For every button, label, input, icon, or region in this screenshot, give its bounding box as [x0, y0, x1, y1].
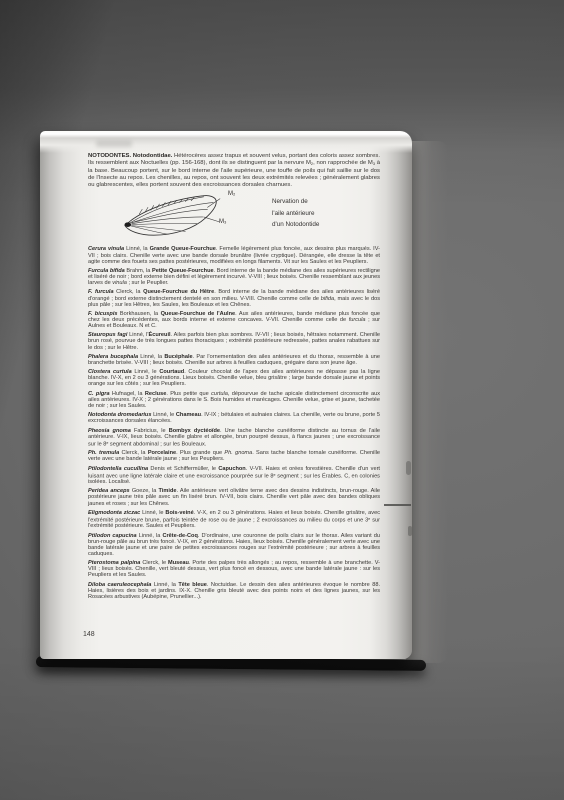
text-run: curtula: [211, 391, 228, 397]
text-run: Linné, la: [151, 582, 178, 588]
text-run: Ph. gnoma: [224, 450, 252, 456]
text-run: Linné, le: [132, 369, 160, 375]
text-run: Porcelaine: [148, 450, 176, 456]
text-run: F. bicuspis: [88, 311, 117, 317]
text-run: Diloba caeruleocephala: [88, 582, 151, 588]
text-run: vinula: [112, 280, 127, 286]
text-run: Pterostoma palpina: [88, 560, 140, 566]
text-run: Crête-de-Coq: [162, 533, 197, 539]
species-paragraph: Notodonta dromedarius Linné, le Chameau.…: [88, 412, 380, 424]
species-list: Cerura vinula Linné, la Grande Queue-Fou…: [88, 246, 380, 599]
text-run: NOTODONTES. Notodontidae.: [88, 153, 172, 159]
text-run: Clerck, la: [119, 450, 148, 456]
text-run: Timide: [159, 488, 177, 494]
page-edge-shadow: [408, 526, 412, 536]
text-run: Queue-Fourchue de l'Aulne: [161, 311, 236, 317]
page-edge-mark: [384, 504, 411, 506]
text-run: Borkhausen, la: [117, 311, 160, 317]
species-paragraph: Eligmodonta ziczac Linné, le Bois-veiné.…: [88, 510, 380, 530]
vein-label-m2: M₂: [228, 191, 235, 197]
text-run: Pheosia gnoma: [88, 428, 131, 434]
ink-bleed-smudge: [96, 140, 132, 147]
text-run: Museau: [168, 560, 189, 566]
text-run: Grande Queue-Fourchue: [150, 246, 216, 252]
text-run: Capuchon: [218, 466, 245, 472]
page-edge-shadow: [406, 461, 411, 475]
text-run: Goeze, la: [130, 488, 159, 494]
text-run: Écureuil: [149, 332, 171, 338]
text-run: Phalera bucephala: [88, 354, 138, 360]
text-run: Fabricius, le: [131, 428, 169, 434]
species-paragraph: Cerura vinula Linné, la Grande Queue-Fou…: [88, 246, 380, 264]
text-run: Courtaud: [159, 369, 184, 375]
vein-label-m3: M₃: [219, 219, 226, 225]
text-run: Eligmodonta ziczac: [88, 510, 140, 516]
species-paragraph: Ptilodontella cucullina Denis et Schiffe…: [88, 466, 380, 486]
text-run: Furcula bifida: [88, 268, 125, 274]
text-run: Linné, la: [137, 533, 163, 539]
species-paragraph: Ph. tremula Clerck, la Porcelaine. Plus …: [88, 450, 380, 462]
text-run: Queue-Fourchue du Hêtre: [143, 289, 214, 295]
text-run: Cerura vinula: [88, 246, 124, 252]
text-run: . Plus petite que: [166, 391, 211, 397]
page-number: 148: [83, 631, 95, 638]
figure-caption: Nervation de l'aile antérieure d'un Noto…: [272, 196, 319, 230]
text-run: Bois-veiné: [165, 510, 193, 516]
species-paragraph: Ptilodon capucina Linné, la Crête-de-Coq…: [88, 533, 380, 557]
text-run: Recluse: [145, 391, 166, 397]
text-run: Petite Queue-Fourchue: [152, 268, 214, 274]
species-paragraph: Peridea anceps Goeze, la Timide. Aile an…: [88, 488, 380, 506]
text-run: Linné, le: [151, 412, 175, 418]
text-run: , non rapprochée de M: [313, 160, 373, 166]
text-run: Clerck, le: [140, 560, 168, 566]
text-run: Denis et Schiffermüller, le: [148, 466, 218, 472]
moth-forewing-icon: [118, 192, 224, 240]
text-run: Tête bleue: [178, 582, 207, 588]
book-photo: NOTODONTES. Notodontidae. Hétérocères as…: [0, 0, 564, 800]
text-run: Brahm, la: [125, 268, 152, 274]
text-run: Linné, la: [138, 354, 164, 360]
text-run: F. furcula: [88, 289, 114, 295]
text-run: Linné, la: [124, 246, 149, 252]
text-run: Ptilodon capucina: [88, 533, 137, 539]
text-run: ; sur le Peuplier.: [127, 280, 169, 286]
book-page: NOTODONTES. Notodontidae. Hétérocères as…: [40, 131, 412, 659]
species-paragraph: Phalera bucephala Linné, la Bucéphale. P…: [88, 354, 380, 366]
text-run: Notodonta dromedarius: [88, 412, 151, 418]
wing-nervation-figure: M₂ M₃ Nervation de l'aile antérieure d'u…: [88, 190, 380, 244]
species-paragraph: Clostera curtula Linné, le Courtaud. Cou…: [88, 369, 380, 387]
text-run: Chameau: [176, 412, 201, 418]
species-paragraph: F. furcula Clerck, la Queue-Fourchue du …: [88, 289, 380, 307]
text-run: C. pigra: [88, 391, 110, 397]
text-run: Linné, le: [140, 510, 165, 516]
species-paragraph: F. bicuspis Borkhausen, la Queue-Fourchu…: [88, 311, 380, 329]
text-run: Ph. tremula: [88, 450, 119, 456]
text-run: Stauropus fagi: [88, 332, 127, 338]
text-run: bifida: [321, 296, 334, 302]
page-text-column: NOTODONTES. Notodontidae. Hétérocères as…: [88, 153, 380, 603]
species-paragraph: Pterostoma palpina Clerck, le Museau. Po…: [88, 560, 380, 578]
species-paragraph: C. pigra Hufnagel, la Recluse. Plus peti…: [88, 391, 380, 409]
text-run: segment abdominal ; sur les Bouleaux.: [108, 441, 206, 447]
text-run: Bucéphale: [164, 354, 192, 360]
text-run: Ptilodontella cucullina: [88, 466, 148, 472]
text-run: Clostera curtula: [88, 369, 132, 375]
text-run: Bombyx dyctéoïde: [169, 428, 220, 434]
species-paragraph: Furcula bifida Brahm, la Petite Queue-Fo…: [88, 268, 380, 286]
species-paragraph: Pheosia gnoma Fabricius, le Bombyx dycté…: [88, 428, 380, 448]
text-run: Linné, l': [127, 332, 148, 338]
text-run: . Plus grande que: [176, 450, 224, 456]
text-run: Peridea anceps: [88, 488, 130, 494]
species-paragraph: Stauropus fagi Linné, l'Écureuil. Ailes …: [88, 332, 380, 350]
text-run: Clerck, la: [114, 289, 144, 295]
intro-paragraph: NOTODONTES. Notodontidae. Hétérocères as…: [88, 153, 380, 188]
text-run: Hufnagel, la: [110, 391, 145, 397]
text-run: furcula: [349, 317, 366, 323]
species-paragraph: Diloba caeruleocephala Linné, la Tête bl…: [88, 582, 380, 600]
